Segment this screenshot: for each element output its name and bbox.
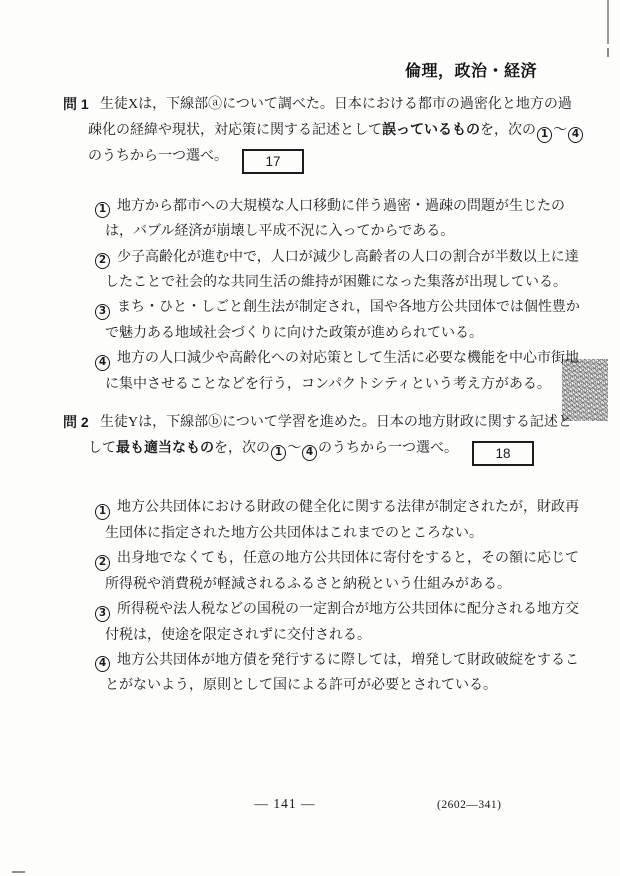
- option-text: まち・ひと・しごと創生法が制定され，国や各地方公共団体では個性豊か: [117, 300, 580, 315]
- q1-option-3: 3まち・ひと・しごと創生法が制定され，国や各地方公共団体では個性豊か: [63, 295, 583, 320]
- q1-option-2: 2少子高齢化が進む中で，人口が減少し高齢者の人口の割合が半数以上に達: [63, 245, 583, 270]
- q2-option-1-cont: 生団体に指定された地方公共団体はこれまでのところない。: [63, 521, 583, 546]
- q2-stem-text: 生徒Yは，下線部ⓑについて学習を進めた。日本の地方財政に関する記述と: [100, 415, 572, 430]
- option-text: 地方公共団体における財政の健全化に関する法律が制定されたが，財政再: [117, 500, 579, 515]
- scan-trim-tick: [607, 48, 609, 57]
- q2-option-2-cont: 所得税や消費税が軽減されるふるさと納税という仕組みがある。: [63, 572, 583, 597]
- q1-stem-line-3: のうちから一つ選べ。17: [63, 144, 583, 174]
- question-2: 問 2生徒Yは，下線部ⓑについて学習を進めた。日本の地方財政に関する記述と して…: [63, 410, 583, 699]
- q2-stem-line-2: して最も適当なものを，次の1～4のうちから一つ選べ。18: [63, 435, 583, 466]
- q1-option-3-cont: で魅力ある地域社会づくりに向けた政策が進められている。: [63, 321, 583, 346]
- q2-option-3-cont: 付税は，使途を限定されずに交付される。: [63, 623, 583, 648]
- q1-option-1-cont: は，バブル経済が崩壊し平成不況に入ってからである。: [63, 219, 583, 244]
- option-text: 出身地でなくても，任意の地方公共団体に寄付をすると，その額に応じて: [117, 551, 579, 566]
- q2-stem-line-1: 問 2生徒Yは，下線部ⓑについて学習を進めた。日本の地方財政に関する記述と: [63, 410, 583, 435]
- answer-box-17: 17: [242, 149, 304, 174]
- q1-stem-text: のうちから一つ選べ。: [88, 149, 228, 164]
- scan-trim-line: [607, 0, 609, 44]
- circled-4-icon: 4: [302, 445, 317, 461]
- option-2-number-icon: 2: [95, 555, 110, 571]
- option-text: 地方の人口減少や高齢化への対応策として生活に必要な機能を中心市街地: [117, 351, 579, 366]
- option-text: 地方から都市への大規模な人口移動に伴う過密・過疎の問題が生じたの: [117, 199, 565, 214]
- q2-option-3: 3所得税や法人税などの国税の一定割合が地方公共団体に配分される地方交: [63, 597, 583, 622]
- option-4-number-icon: 4: [95, 355, 110, 371]
- option-text: 所得税や法人税などの国税の一定割合が地方公共団体に配分される地方交: [117, 602, 579, 617]
- option-1-number-icon: 1: [95, 202, 110, 218]
- q1-stem-line-1: 問 1生徒Xは，下線部ⓐについて調べた。日本における都市の過密化と地方の過: [63, 92, 583, 117]
- q2-label: 問 2: [63, 410, 89, 435]
- scan-corner-mark: [12, 871, 25, 873]
- q2-options: 1地方公共団体における財政の健全化に関する法律が制定されたが，財政再 生団体に指…: [63, 495, 583, 698]
- scan-smudge-artifact: [562, 359, 608, 421]
- option-3-number-icon: 3: [95, 304, 110, 320]
- q1-option-2-cont: したことで社会的な共同生活の維持が困難になった集落が出現している。: [63, 270, 583, 295]
- circled-4-icon: 4: [568, 127, 583, 143]
- circled-1-icon: 1: [271, 445, 286, 461]
- q2-stem-text: のうちから一つ選べ。: [318, 441, 458, 456]
- answer-box-18: 18: [472, 441, 534, 466]
- q1-option-1: 1地方から都市への大規模な人口移動に伴う過密・過疎の問題が生じたの: [63, 194, 583, 219]
- option-3-number-icon: 3: [95, 606, 110, 622]
- q1-emphasis: 誤っているもの: [382, 121, 480, 137]
- option-2-number-icon: 2: [95, 253, 110, 269]
- option-4-number-icon: 4: [95, 656, 110, 672]
- q1-stem-line-2: 疎化の経緯や現状，対応策に関する記述として誤っているものを，次の1～4: [63, 117, 583, 143]
- exam-page: 倫理，政治・経済 問 1生徒Xは，下線部ⓐについて調べた。日本における都市の過密…: [0, 0, 620, 876]
- q2-stem-text: を，次の: [214, 441, 270, 456]
- q1-stem-text: 生徒Xは，下線部ⓐについて調べた。日本における都市の過密化と地方の過: [100, 97, 572, 112]
- q1-stem-text: 疎化の経緯や現状，対応策に関する記述として: [88, 123, 382, 138]
- option-text: 少子高齢化が進む中で，人口が減少し高齢者の人口の割合が半数以上に達: [117, 250, 579, 265]
- q2-option-2: 2出身地でなくても，任意の地方公共団体に寄付をすると，その額に応じて: [63, 546, 583, 571]
- circled-1-icon: 1: [537, 127, 552, 143]
- q1-stem-text: を，次の: [480, 123, 536, 138]
- page-title: 倫理，政治・経済: [405, 58, 537, 81]
- q2-option-4: 4地方公共団体が地方債を発行するに際しては，増発して財政破綻をするこ: [63, 648, 583, 673]
- question-1: 問 1生徒Xは，下線部ⓐについて調べた。日本における都市の過密化と地方の過 疎化…: [63, 92, 583, 397]
- range-tilde: ～: [287, 441, 301, 456]
- q2-stem-text: して: [88, 441, 116, 456]
- option-1-number-icon: 1: [95, 504, 110, 520]
- option-text: 地方公共団体が地方債を発行するに際しては，増発して財政破綻をするこ: [117, 653, 579, 668]
- q2-option-4-cont: とがないよう，原則として国による許可が必要とされている。: [63, 673, 583, 698]
- q1-option-4-cont: に集中させることなどを行う，コンパクトシティという考え方がある。: [63, 372, 583, 397]
- q2-emphasis: 最も適当なもの: [116, 439, 214, 455]
- q1-option-4: 4地方の人口減少や高齢化への対応策として生活に必要な機能を中心市街地: [63, 346, 583, 371]
- q1-options: 1地方から都市への大規模な人口移動に伴う過密・過疎の問題が生じたの は，バブル経…: [63, 194, 583, 397]
- range-tilde: ～: [553, 123, 567, 138]
- exam-content: 問 1生徒Xは，下線部ⓐについて調べた。日本における都市の過密化と地方の過 疎化…: [63, 92, 583, 699]
- q2-option-1: 1地方公共団体における財政の健全化に関する法律が制定されたが，財政再: [63, 495, 583, 520]
- q1-label: 問 1: [63, 92, 89, 117]
- print-code: (2602—341): [437, 799, 501, 811]
